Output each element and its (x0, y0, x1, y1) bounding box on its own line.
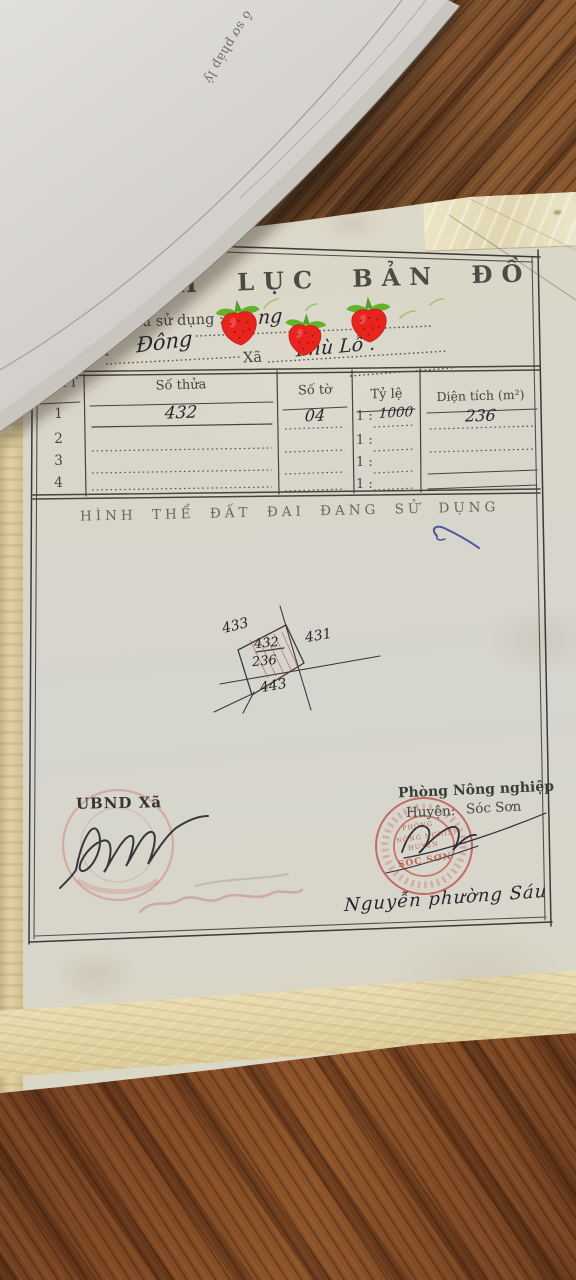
strawberry-sticker-icon (215, 298, 264, 348)
strawberry-sticker-icon (346, 296, 392, 343)
strawberry-sticker-icon (283, 312, 327, 357)
photo-stage: TRÍCH LỤC BẢN ĐỒ Họ tên chủ sử dụng : ng… (0, 0, 576, 1280)
